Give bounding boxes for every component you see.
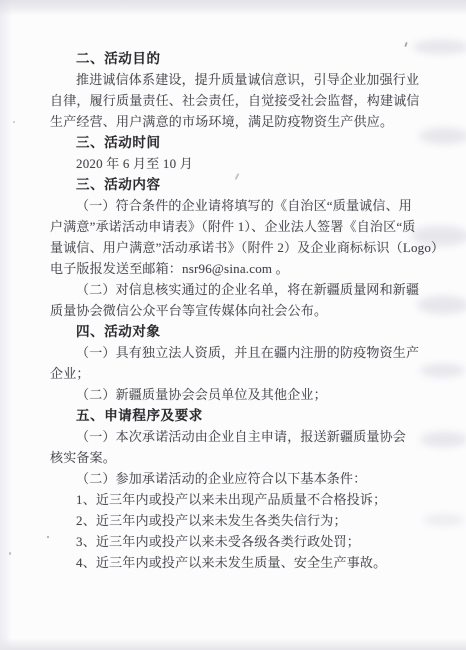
text-line: 推进诚信体系建设，提升质量诚信意识，引导企业加强行业	[50, 69, 446, 90]
activity-date-line: 2020 年 6 月至 10 月	[50, 153, 446, 174]
scan-speckle	[404, 42, 407, 47]
scan-speckle	[47, 536, 49, 538]
text-line: 自律，履行质量责任、社会责任，自觉接受社会监督，构建诚信	[50, 90, 446, 111]
scan-speckle	[9, 552, 11, 555]
condition-item-2: 2、近三年内或投产以来未发生各类失信行为；	[50, 510, 446, 531]
text-line: （二）新疆质量协会会员单位及其他企业；	[50, 384, 446, 405]
text-line: 企业；	[50, 363, 446, 384]
text-line: 质量协会微信公众平台等宣传媒体向社会公布。	[50, 300, 446, 321]
scan-speckle	[13, 121, 15, 123]
text-line: （一）本次承诺活动由企业自主申请，报送新疆质量协会	[50, 426, 446, 447]
condition-item-1: 1、近三年内或投产以来未出现产品质量不合格投诉；	[50, 489, 446, 510]
scanned-document-page: 二、活动目的 推进诚信体系建设，提升质量诚信意识，引导企业加强行业 自律，履行质…	[0, 0, 466, 650]
text-line: 核实备案。	[50, 447, 446, 468]
text-line: （二）参加承诺活动的企业应符合以下基本条件：	[50, 468, 446, 489]
heading-application-procedure: 五、申请程序及要求	[50, 405, 446, 426]
heading-activity-time: 三、活动时间	[50, 132, 446, 153]
document-body: 二、活动目的 推进诚信体系建设，提升质量诚信意识，引导企业加强行业 自律，履行质…	[50, 48, 446, 573]
text-line: 生产经营、用户满意的市场环境，满足防疫物资生产供应。	[50, 111, 446, 132]
email-line: 电子版报发送至邮箱：nsr96@sina.com 。	[50, 258, 446, 279]
heading-activity-purpose: 二、活动目的	[50, 48, 446, 69]
scan-edge-bottom	[0, 638, 466, 650]
text-line: 户满意”承诺活动申请表》（附件 1）、企业法人签署《自治区“质	[50, 216, 446, 237]
scan-edge-top	[0, 0, 466, 16]
text-line: （二）对信息核实通过的企业名单，将在新疆质量网和新疆	[50, 279, 446, 300]
text-line: （一）符合条件的企业请将填写的《自治区“质量诚信、用	[50, 195, 446, 216]
text-line: 量诚信、用户满意”活动承诺书》（附件 2）及企业商标标识（Logo）	[50, 237, 446, 258]
text-line: （一）具有独立法人资质，并且在疆内注册的防疫物资生产	[50, 342, 446, 363]
condition-item-4: 4、近三年内或投产以来未发生质量、安全生产事故。	[50, 552, 446, 573]
heading-activity-content: 三、活动内容	[50, 174, 446, 195]
condition-item-3: 3、近三年内或投产以来未受各级各类行政处罚；	[50, 531, 446, 552]
heading-activity-targets: 四、活动对象	[50, 321, 446, 342]
